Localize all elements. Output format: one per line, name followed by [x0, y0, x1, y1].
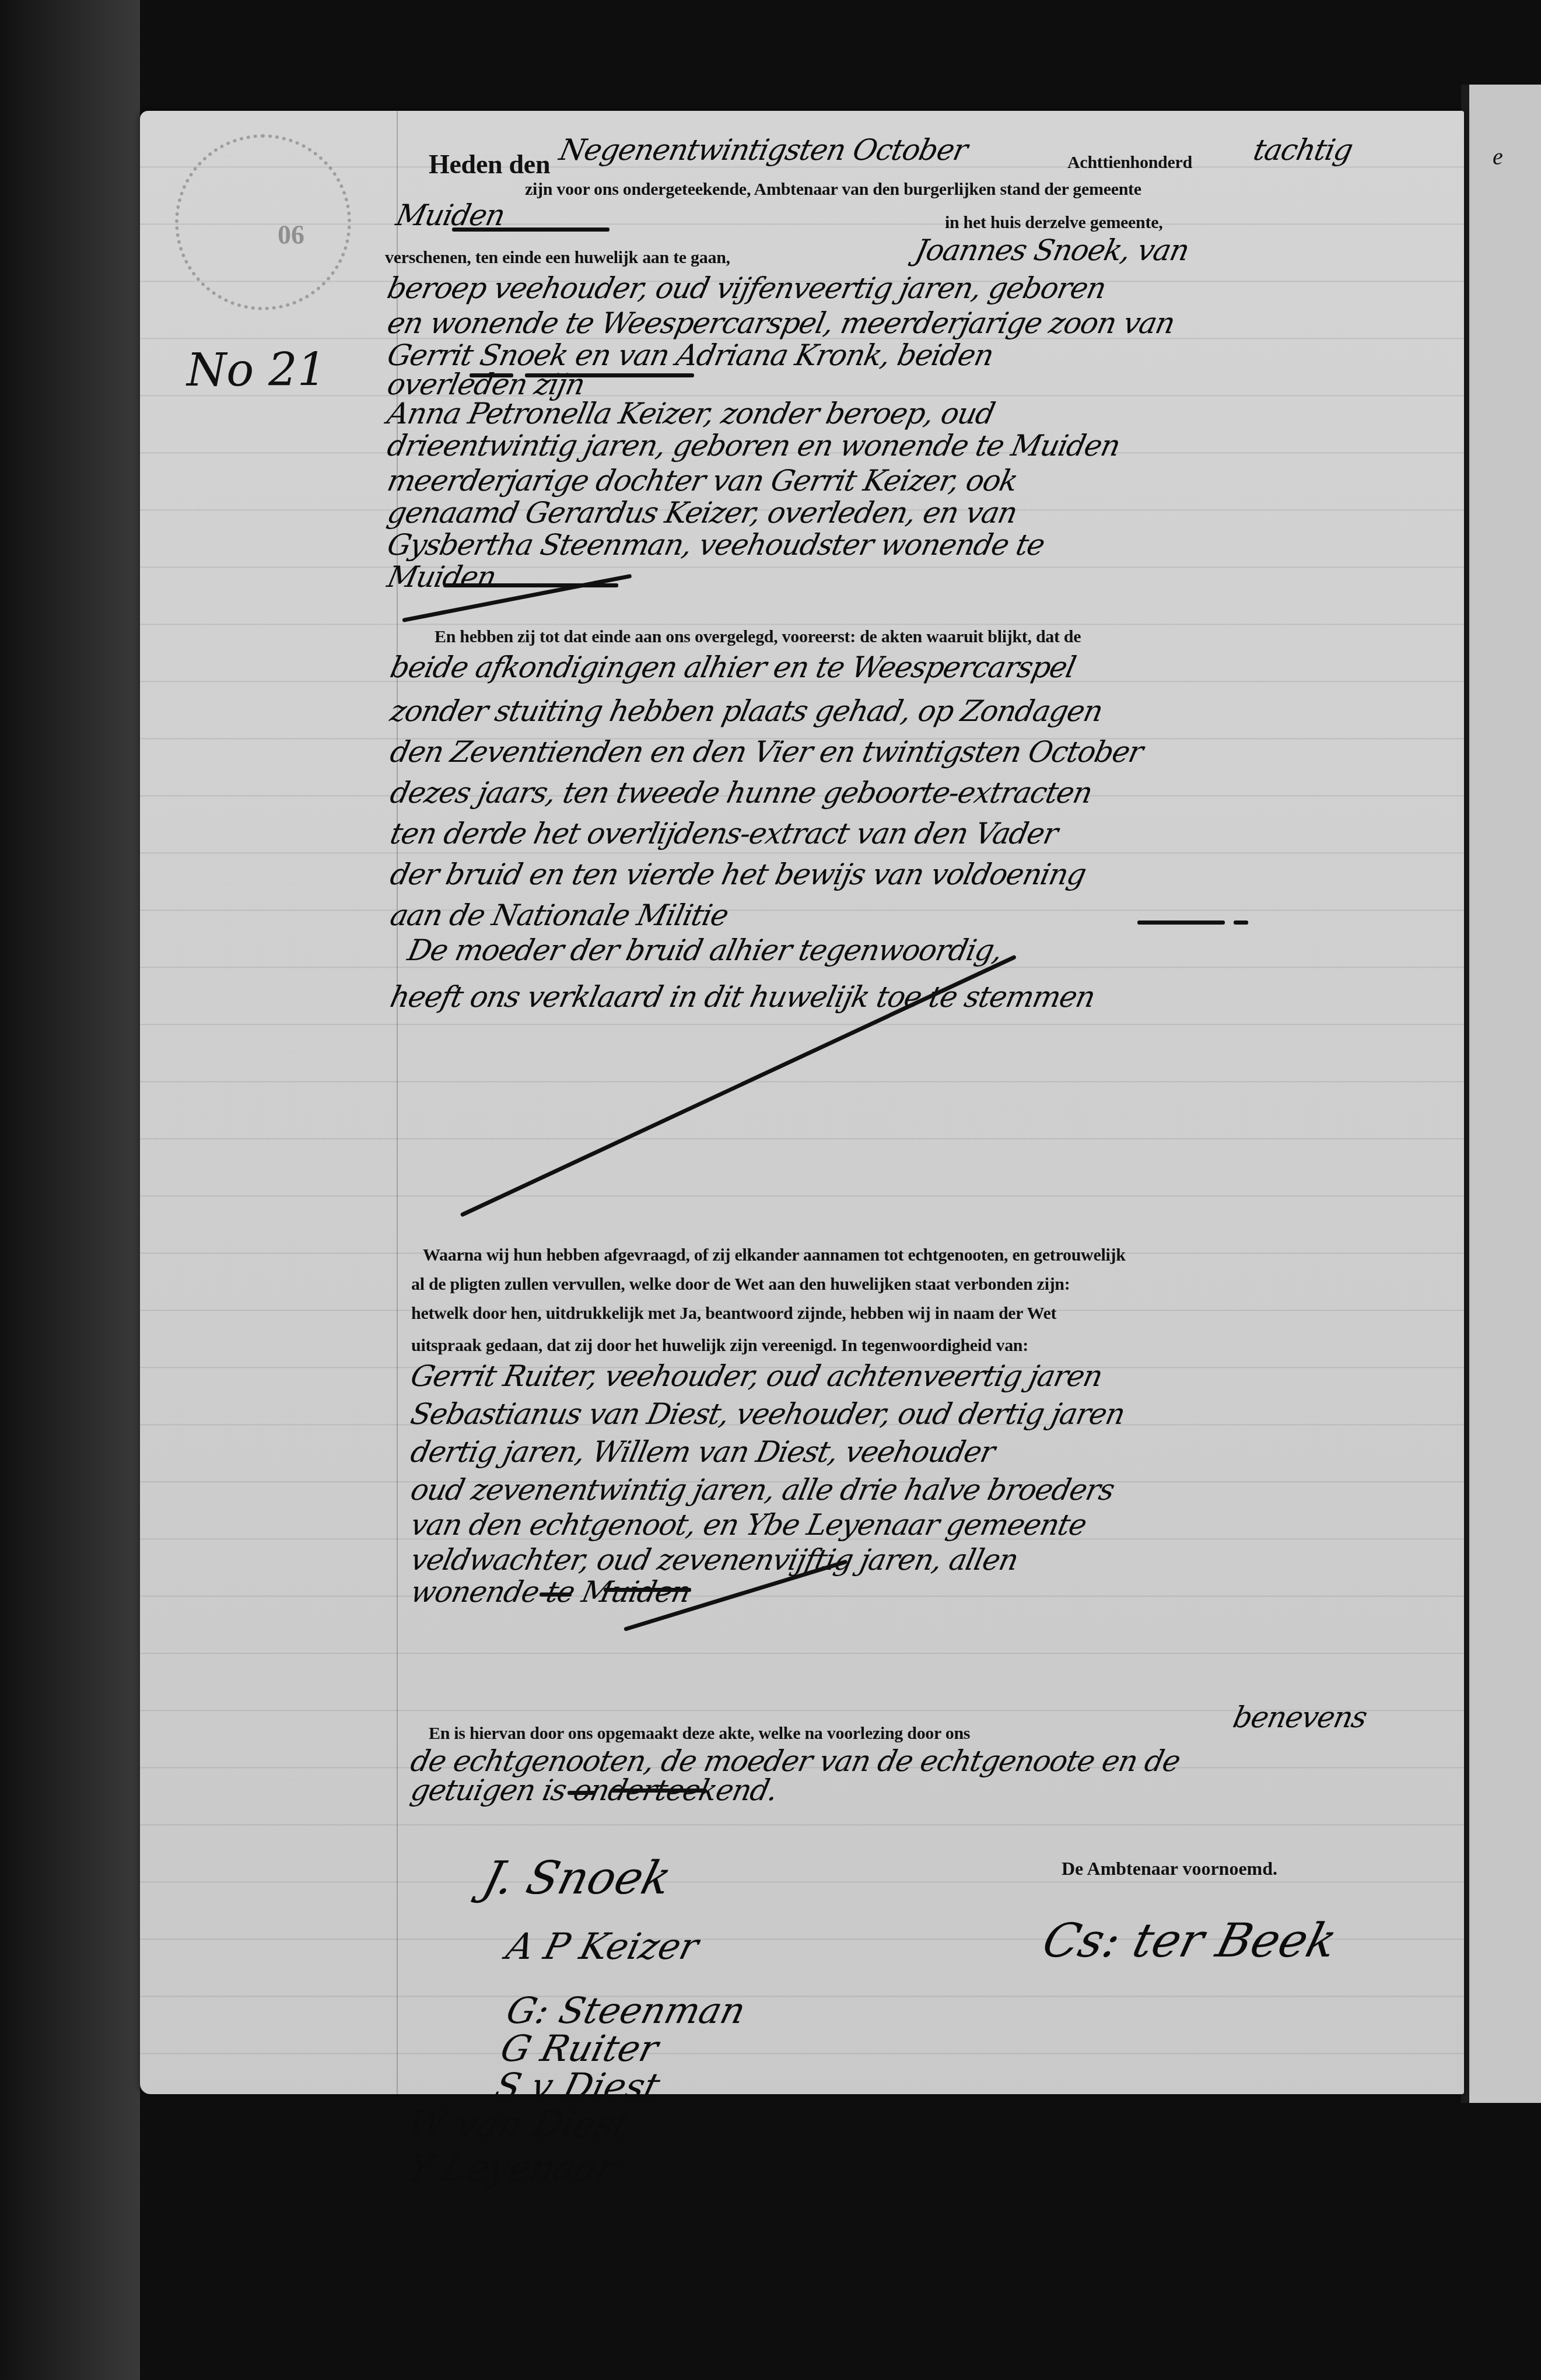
film-border-left: [0, 0, 140, 2380]
official-stamp: 06: [175, 134, 351, 310]
witness-line: van den echtgenoot, en Ybe Leyenaar geme…: [408, 1508, 1089, 1542]
groom-name: Joannes Snoek, van: [912, 233, 1192, 267]
documents-line: ten derde het overlijdens-extract van de…: [387, 817, 1060, 850]
official-label: De Ambtenaar voornoemd.: [1062, 1858, 1277, 1880]
witness-line: Sebastianus van Diest, veehouder, oud de…: [408, 1397, 1127, 1431]
documents-intro: En hebben zij tot dat einde aan ons over…: [435, 627, 1081, 647]
documents-line: De moeder der bruid alhier tegenwoordig,: [405, 933, 1005, 967]
year-printed: Achttienhonderd: [1067, 153, 1192, 173]
witness-line: oud zevenentwintig jaren, alle drie halv…: [408, 1473, 1117, 1507]
party-line: genaamd Gerardus Keizer, overleden, en v…: [384, 496, 1020, 530]
signature-bride: A P Keizer: [502, 1925, 703, 1968]
witness-line: Gerrit Ruiter, veehouder, oud achtenveer…: [408, 1359, 1105, 1393]
blank-rule: [470, 373, 513, 377]
vows-line: Waarna wij hun hebben afgevraagd, of zij…: [423, 1245, 1126, 1265]
documents-line: zonder stuiting hebben plaats gehad, op …: [387, 694, 1105, 728]
witness-line: veldwachter, oud zevenenvijftig jaren, a…: [408, 1543, 1021, 1577]
party-line: beroep veehouder, oud vijfenveertig jare…: [384, 271, 1109, 305]
heden-label: Heden den: [429, 149, 550, 180]
documents-line: heeft ons verklaard in dit huwelijk toe …: [387, 980, 1098, 1014]
signature-witness: S v Diest: [491, 2065, 664, 2108]
party-line: drieentwintig jaren, geboren en wonende …: [384, 429, 1123, 463]
blank-rule: [1234, 921, 1248, 925]
signature-witness: W van Diest: [403, 2103, 634, 2145]
documents-line: dezes jaars, ten tweede hunne geboorte-e…: [387, 776, 1095, 810]
closing-printed: En is hiervan door ons opgemaakt deze ak…: [429, 1724, 970, 1744]
documents-line: den Zeventienden en den Vier en twintigs…: [387, 735, 1146, 769]
party-line: en wonende te Weespercarspel, meerderjar…: [384, 306, 1178, 340]
party-line: Gysbertha Steenman, veehoudster wonende …: [384, 528, 1048, 562]
signature-mother: G: Steenman: [502, 1989, 750, 2032]
blank-rule: [540, 1592, 572, 1597]
house-line: in het huis derzelve gemeente,: [945, 213, 1162, 233]
bride-name: Anna Petronella Keizer, zonder beroep, o…: [384, 397, 997, 430]
appear-line: verschenen, ten einde een huwelijk aan t…: [385, 248, 730, 268]
documents-line: aan de Nationale Militie: [387, 898, 731, 932]
documents-line: beide afkondigingen alhier en te Weesper…: [387, 650, 1078, 684]
date-handwritten: Negenentwintigsten October: [556, 133, 971, 167]
signature-official: Cs: ter Beek: [1037, 1913, 1342, 1968]
year-handwritten: tachtig: [1251, 133, 1356, 167]
witness-line: dertig jaren, Willem van Diest, veehoude…: [408, 1435, 997, 1469]
vows-line: al de pligten zullen vervullen, welke do…: [411, 1275, 1070, 1294]
vows-line: uitspraak gedaan, dat zij door het huwel…: [411, 1336, 1028, 1356]
blank-rule: [525, 373, 694, 377]
blank-rule: [611, 1788, 707, 1793]
party-line: Muiden: [384, 560, 499, 594]
blank-rule: [604, 1588, 691, 1592]
signature-groom: J. Snoek: [478, 1852, 677, 1905]
witness-line: wonende te Muiden: [408, 1575, 694, 1609]
stamp-text: 06: [278, 219, 304, 250]
adjacent-page: e: [1469, 85, 1541, 2103]
closing-handwritten: getuigen is onderteekend.: [408, 1773, 780, 1807]
blank-rule: [534, 228, 610, 232]
vows-line: hetwelk door hen, uitdrukkelijk met Ja, …: [411, 1304, 1056, 1324]
blank-rule: [1137, 921, 1225, 925]
documents-line: der bruid en ten vierde het bewijs van v…: [387, 857, 1089, 891]
blank-rule: [568, 1791, 596, 1795]
act-number: No 21: [187, 344, 326, 397]
signature-witness: G Ruiter: [496, 2027, 663, 2070]
official-line: zijn voor ons ondergeteekende, Ambtenaar…: [525, 180, 1141, 199]
party-line: meerderjarige dochter van Gerrit Keizer,…: [384, 464, 1021, 498]
signature-witness: Y Leyenaar: [403, 2147, 620, 2189]
closing-handwritten: benevens: [1230, 1700, 1370, 1734]
